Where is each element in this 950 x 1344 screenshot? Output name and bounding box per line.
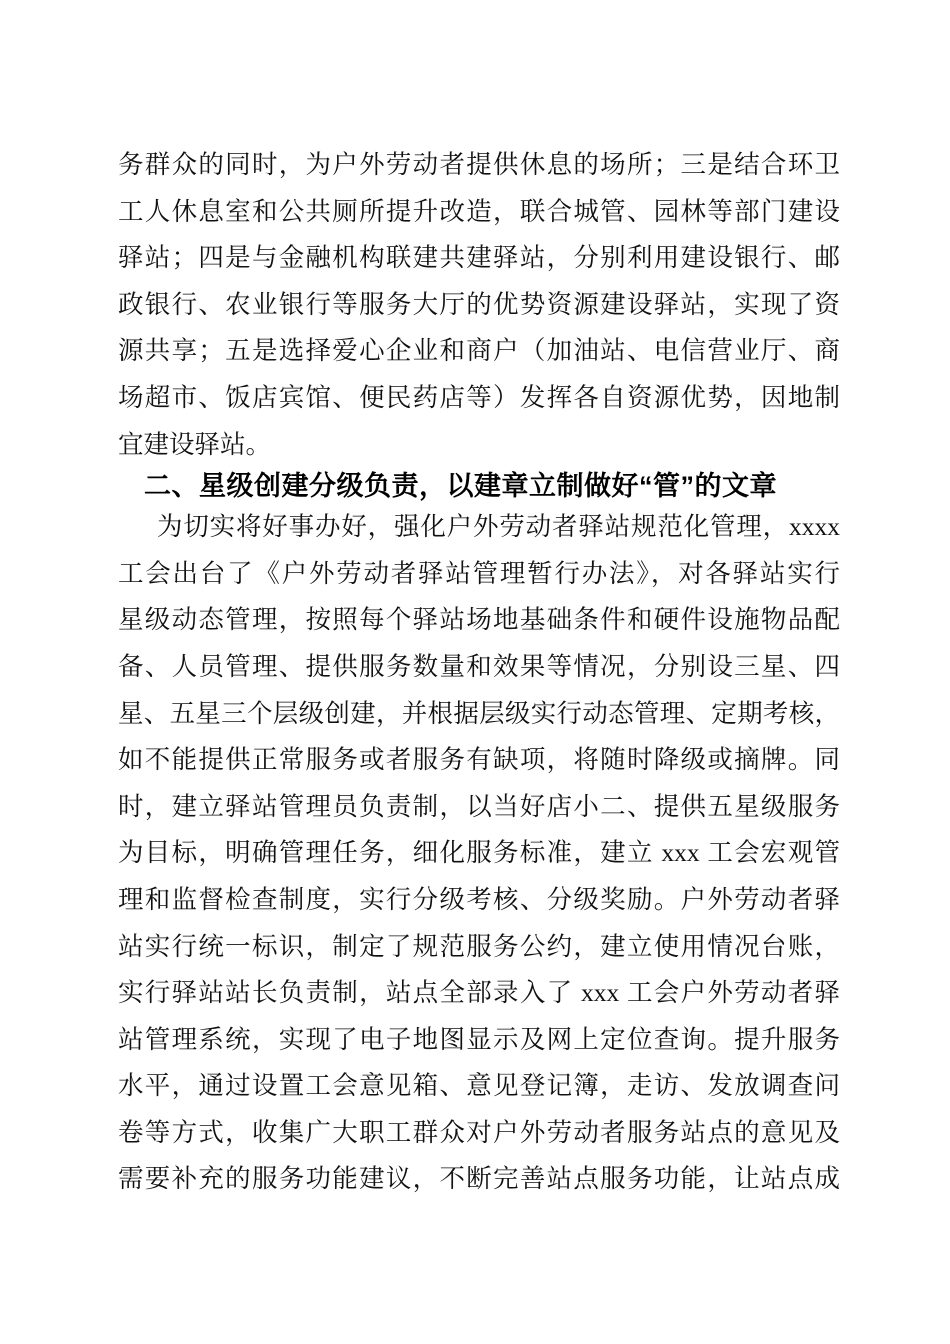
text-line: 政银行、农业银行等服务大厅的优势资源建设驿站，实现了资 xyxy=(118,282,840,329)
text-line: 为切实将好事办好，强化户外劳动者驿站规范化管理，xxxx xyxy=(118,504,840,551)
text-line: 实行驿站站长负责制，站点全部录入了 xxx 工会户外劳动者驿 xyxy=(118,970,840,1017)
document-page: 务群众的同时，为户外劳动者提供休息的场所；三是结合环卫 工人休息室和公共厕所提升… xyxy=(0,0,950,1344)
text-line: 场超市、饭店宾馆、便民药店等）发挥各自资源优势，因地制 xyxy=(118,375,840,422)
text-line: 需要补充的服务功能建议，不断完善站点服务功能，让站点成 xyxy=(118,1156,840,1203)
text-line: 宜建设驿站。 xyxy=(118,422,840,469)
section-heading: 二、星级创建分级负责，以建章立制做好“管”的文章 xyxy=(118,468,840,504)
text-line: 如不能提供正常服务或者服务有缺项，将随时降级或摘牌。同 xyxy=(118,737,840,784)
text-line: 站管理系统，实现了电子地图显示及网上定位查询。提升服务 xyxy=(118,1017,840,1064)
text-line: 站实行统一标识，制定了规范服务公约，建立使用情况台账， xyxy=(118,924,840,971)
text-line: 工会出台了《户外劳动者驿站管理暂行办法》，对各驿站实行 xyxy=(118,551,840,598)
text-line: 工人休息室和公共厕所提升改造，联合城管、园林等部门建设 xyxy=(118,189,840,236)
text-line: 驿站；四是与金融机构联建共建驿站，分别利用建设银行、邮 xyxy=(118,235,840,282)
text-line: 时，建立驿站管理员负责制，以当好店小二、提供五星级服务 xyxy=(118,784,840,831)
paragraph-continuation: 务群众的同时，为户外劳动者提供休息的场所；三是结合环卫 工人休息室和公共厕所提升… xyxy=(118,142,840,468)
text-line: 务群众的同时，为户外劳动者提供休息的场所；三是结合环卫 xyxy=(118,142,840,189)
text-line: 备、人员管理、提供服务数量和效果等情况，分别设三星、四 xyxy=(118,644,840,691)
text-line: 星级动态管理，按照每个驿站场地基础条件和硬件设施物品配 xyxy=(118,597,840,644)
text-line: 星、五星三个层级创建，并根据层级实行动态管理、定期考核， xyxy=(118,691,840,738)
text-line: 卷等方式，收集广大职工群众对户外劳动者服务站点的意见及 xyxy=(118,1110,840,1157)
text-line: 源共享；五是选择爱心企业和商户（加油站、电信营业厅、商 xyxy=(118,328,840,375)
text-line: 水平，通过设置工会意见箱、意见登记簿，走访、发放调查问 xyxy=(118,1063,840,1110)
paragraph-body: 为切实将好事办好，强化户外劳动者驿站规范化管理，xxxx 工会出台了《户外劳动者… xyxy=(118,504,840,1203)
text-line: 为目标，明确管理任务，细化服务标准，建立 xxx 工会宏观管 xyxy=(118,830,840,877)
text-line: 理和监督检查制度，实行分级考核、分级奖励。户外劳动者驿 xyxy=(118,877,840,924)
